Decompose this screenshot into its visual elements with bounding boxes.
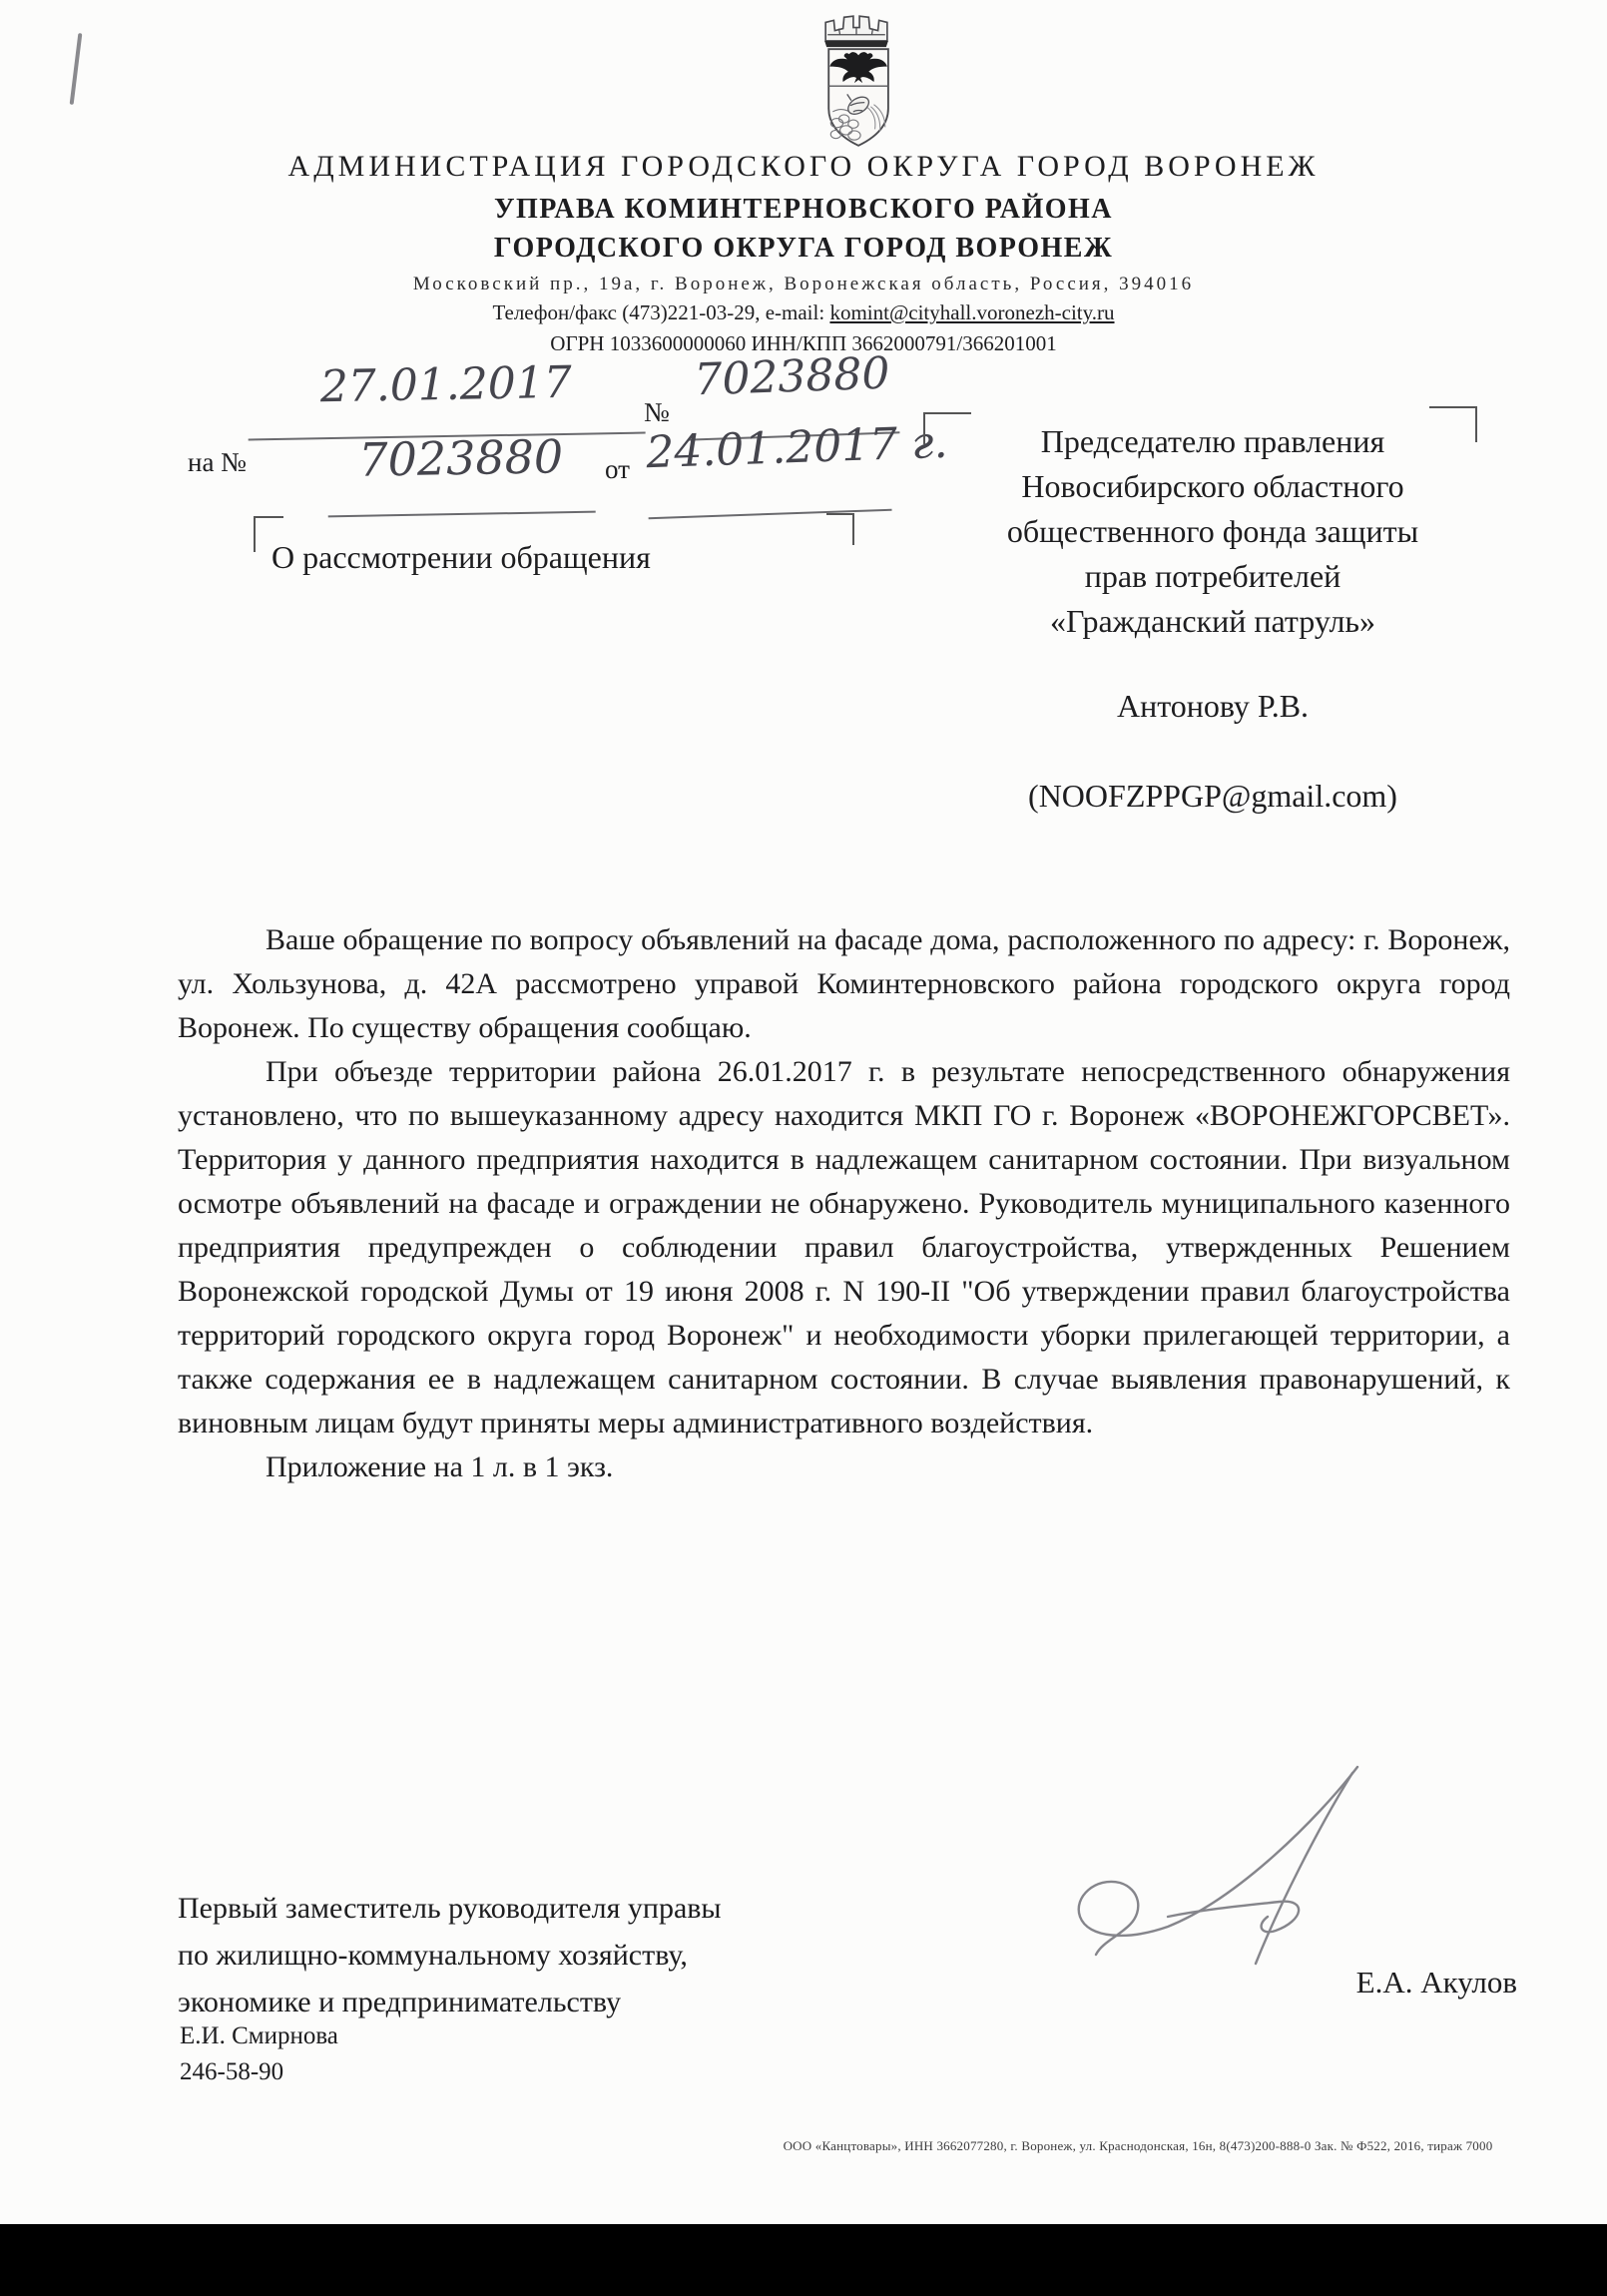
- org-contacts: Телефон/факс (473)221-03-29, e-mail: kom…: [55, 300, 1552, 325]
- voronezh-coat-of-arms-emblem: [804, 8, 908, 152]
- letterhead: АДМИНИСТРАЦИЯ ГОРОДСКОГО ОКРУГА ГОРОД ВО…: [55, 150, 1552, 356]
- executor-phone: 246-58-90: [180, 2054, 338, 2090]
- body-paragraph-2: При объезде территории района 26.01.2017…: [178, 1050, 1510, 1445]
- handwritten-signature: [1018, 1759, 1377, 1979]
- recipient-person-name: Антонову Р.В.: [946, 684, 1479, 729]
- recipient-email: (NOOFZPPGP@gmail.com): [946, 774, 1479, 819]
- subject-line: О рассмотрении обращения: [271, 539, 651, 576]
- recipient-line: «Гражданский патруль»: [946, 599, 1479, 644]
- incoming-number-handwritten: 7023880: [326, 429, 595, 518]
- scan-edge-black-bar: [0, 2224, 1607, 2296]
- incoming-date-handwritten: 24.01.2017 г.: [645, 419, 891, 519]
- attachment-note: Приложение на 1 л. в 1 экз.: [178, 1445, 1510, 1489]
- signer-title-block: Первый заместитель руководителя управы п…: [178, 1885, 936, 2025]
- recipient-block: Председателю правления Новосибирского об…: [946, 419, 1479, 819]
- phone-fax-text: Телефон/факс (473)221-03-29, e-mail:: [492, 300, 829, 324]
- org-name-uprava: УПРАВА КОМИНТЕРНОВСКОГО РАЙОНА: [55, 194, 1552, 226]
- executor-block: Е.И. Смирнова 246-58-90: [180, 2018, 338, 2090]
- letter-body: Ваше обращение по вопросу объявлений на …: [178, 918, 1510, 1489]
- pen-stroke-mark: [70, 33, 83, 105]
- executor-name: Е.И. Смирнова: [180, 2018, 338, 2054]
- signer-name: Е.А. Акулов: [1288, 1965, 1517, 2001]
- from-date-label: от: [605, 454, 630, 485]
- signer-title-line: Первый заместитель руководителя управы: [178, 1885, 936, 1932]
- org-name-district: ГОРОДСКОГО ОКРУГА ГОРОД ВОРОНЕЖ: [55, 233, 1552, 265]
- org-postal-address: Московский пр., 19а, г. Воронеж, Воронеж…: [55, 274, 1552, 295]
- org-email-link[interactable]: komint@cityhall.voronezh-city.ru: [829, 300, 1114, 324]
- subject-corner-mark-right: [826, 513, 854, 545]
- print-shop-footer: ООО «Канцтовары», ИНН 3662077280, г. Вор…: [769, 2138, 1507, 2154]
- recipient-line: Председателю правления: [946, 419, 1479, 464]
- signer-title-line: по жилищно-коммунальному хозяйству,: [178, 1932, 936, 1979]
- in-reply-to-label: на №: [188, 447, 247, 478]
- body-paragraph-1: Ваше обращение по вопросу объявлений на …: [178, 918, 1510, 1050]
- recipient-line: общественного фонда защиты: [946, 509, 1479, 554]
- recipient-line: Новосибирского областного: [946, 464, 1479, 509]
- scanned-letter-page: АДМИНИСТРАЦИЯ ГОРОДСКОГО ОКРУГА ГОРОД ВО…: [0, 0, 1607, 2296]
- outgoing-date-handwritten: 27.01.2017: [247, 356, 645, 441]
- recipient-line: прав потребителей: [946, 554, 1479, 599]
- number-label: №: [644, 397, 670, 428]
- org-name-administration: АДМИНИСТРАЦИЯ ГОРОДСКОГО ОКРУГА ГОРОД ВО…: [55, 150, 1552, 184]
